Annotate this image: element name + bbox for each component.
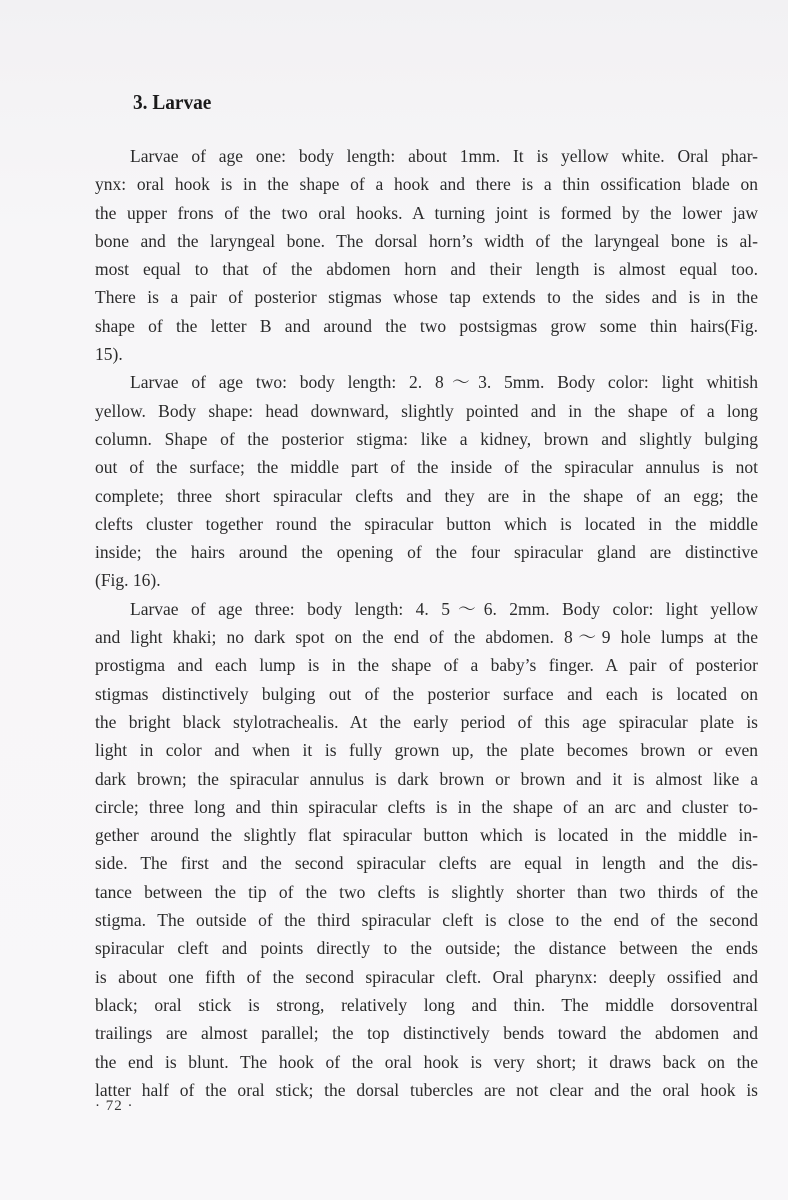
text-line: gether around the slightly flat spiracul… <box>95 821 758 849</box>
text-line: light in color and when it is fully grow… <box>95 736 758 764</box>
text-line: stigmas distinctively bulging out of the… <box>95 680 758 708</box>
text-line: dark brown; the spiracular annulus is da… <box>95 765 758 793</box>
text-line: There is a pair of posterior stigmas who… <box>95 283 758 311</box>
text-line: column. Shape of the posterior stigma: l… <box>95 425 758 453</box>
text-line: the bright black stylotrachealis. At the… <box>95 708 758 736</box>
text-line: circle; three long and thin spiracular c… <box>95 793 758 821</box>
section-heading: 3. Larvae <box>133 90 211 115</box>
text-line: stigma. The outside of the third spiracu… <box>95 906 758 934</box>
text-line: the upper frons of the two oral hooks. A… <box>95 199 758 227</box>
text-line: clefts cluster together round the spirac… <box>95 510 758 538</box>
text-line: and light khaki; no dark spot on the end… <box>95 623 758 651</box>
text-line: complete; three short spiracular clefts … <box>95 482 758 510</box>
text-line: out of the surface; the middle part of t… <box>95 453 758 481</box>
text-line: black; oral stick is strong, relatively … <box>95 991 758 1019</box>
text-line: bone and the laryngeal bone. The dorsal … <box>95 227 758 255</box>
paragraph-larvae-age-one: Larvae of age one: body length: about 1m… <box>95 142 758 368</box>
text-line: side. The first and the second spiracula… <box>95 849 758 877</box>
text-line: the end is blunt. The hook of the oral h… <box>95 1048 758 1076</box>
text-line: Larvae of age one: body length: about 1m… <box>95 142 758 170</box>
paragraph-larvae-age-two: Larvae of age two: body length: 2. 8～3. … <box>95 368 758 594</box>
page-number: · 72 · <box>95 1098 134 1115</box>
text-line: 15). <box>95 340 758 368</box>
text-line: (Fig. 16). <box>95 566 758 594</box>
text-line: is about one fifth of the second spiracu… <box>95 963 758 991</box>
body-text: Larvae of age one: body length: about 1m… <box>95 142 758 1104</box>
text-line: shape of the letter B and around the two… <box>95 312 758 340</box>
text-line: trailings are almost parallel; the top d… <box>95 1019 758 1047</box>
text-line: inside; the hairs around the opening of … <box>95 538 758 566</box>
document-page: 3. Larvae Larvae of age one: body length… <box>0 0 788 1200</box>
text-line: latter half of the oral stick; the dorsa… <box>95 1076 758 1104</box>
text-line: yellow. Body shape: head downward, sligh… <box>95 397 758 425</box>
text-line: Larvae of age three: body length: 4. 5～6… <box>95 595 758 623</box>
paragraph-larvae-age-three: Larvae of age three: body length: 4. 5～6… <box>95 595 758 1104</box>
text-line: Larvae of age two: body length: 2. 8～3. … <box>95 368 758 396</box>
text-line: spiracular cleft and points directly to … <box>95 934 758 962</box>
text-line: tance between the tip of the two clefts … <box>95 878 758 906</box>
text-line: ynx: oral hook is in the shape of a hook… <box>95 170 758 198</box>
text-line: most equal to that of the abdomen horn a… <box>95 255 758 283</box>
text-line: prostigma and each lump is in the shape … <box>95 651 758 679</box>
